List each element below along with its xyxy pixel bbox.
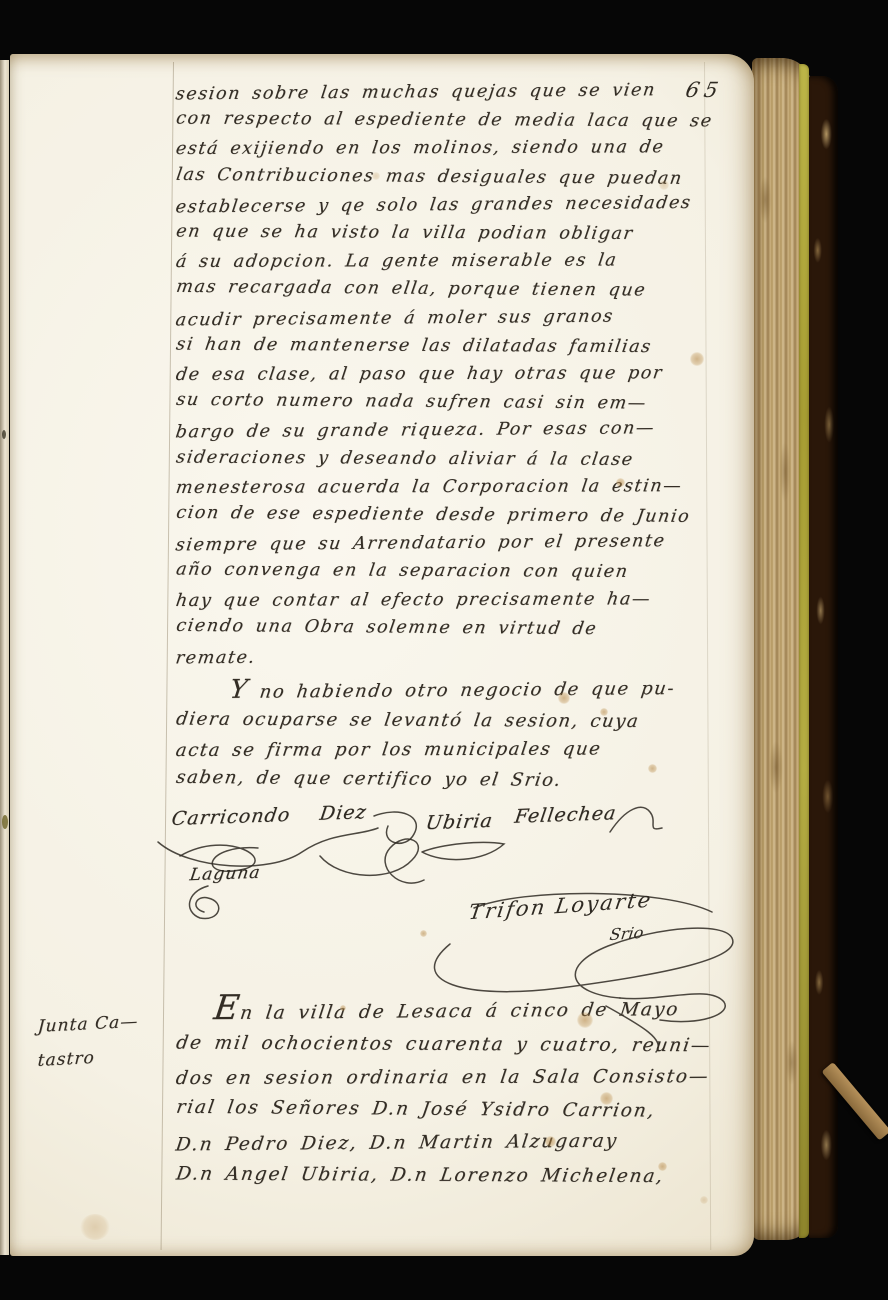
manuscript-line: En la villa de Lesaca á cinco de Mayo xyxy=(173,988,745,1032)
paragraph-new-session: En la villa de Lesaca á cinco de Mayo de… xyxy=(176,990,742,1193)
foxing-stain xyxy=(340,1005,346,1011)
manuscript-line: sideraciones y deseando aliviar á la cla… xyxy=(174,443,730,474)
foxing-stain xyxy=(577,1012,593,1028)
foxing-stain xyxy=(600,708,608,716)
manuscript-line: bargo de su grande riqueza. Por esas con… xyxy=(174,414,730,447)
manuscript-line: saben, de que certifico yo el Srio. xyxy=(174,762,730,796)
foxing-stain xyxy=(658,1162,667,1171)
manuscript-line: con respecto al espediente de media laca… xyxy=(174,105,730,136)
manuscript-line: sesion sobre las muchas quejas que se vi… xyxy=(174,76,730,109)
foxing-stain xyxy=(648,764,657,773)
manuscript-line: acta se firma por los municipales que xyxy=(174,734,730,765)
paragraph-session-minutes: sesion sobre las muchas quejas que se vi… xyxy=(176,78,728,670)
foxing-stain xyxy=(600,1092,613,1105)
foxing-stain xyxy=(659,180,669,190)
manuscript-line: hay que contar al efecto precisamente ha… xyxy=(174,585,730,615)
manuscript-line: diera ocuparse se levantó la sesion, cuy… xyxy=(174,704,730,736)
book-photograph: 65 sesion sobre las muchas quejas que se… xyxy=(0,0,888,1300)
foxing-stain xyxy=(372,172,380,180)
manuscript-line: establecerse y qe solo las grandes neces… xyxy=(174,188,730,221)
manuscript-line: Y no habiendo otro negocio de que pu- xyxy=(174,672,731,708)
foxing-stain xyxy=(558,692,570,704)
foxing-stain xyxy=(420,930,427,937)
gutter-page-edge xyxy=(0,60,9,1255)
secretary-title: Srio xyxy=(608,923,644,944)
signature-fellechea: Fellechea xyxy=(513,802,618,828)
manuscript-line: año convenga en la separacion con quien xyxy=(174,556,730,587)
margin-note-line: tastro xyxy=(37,1036,189,1078)
signature-ubiria: Ubiria xyxy=(424,810,494,834)
signature-flourish xyxy=(418,838,510,866)
manuscript-line: si han de mantenerse las dilatadas famil… xyxy=(174,330,730,361)
fore-edge-yellow-band xyxy=(799,64,809,1238)
edge-mark xyxy=(2,815,8,829)
manuscript-line: acudir precisamente á moler sus granos xyxy=(174,301,730,334)
signature-flourish xyxy=(606,800,666,840)
foxing-stain xyxy=(80,1214,110,1240)
manuscript-page: 65 sesion sobre las muchas quejas que se… xyxy=(10,54,754,1256)
manuscript-line: de mil ochocientos cuarenta y cuatro, re… xyxy=(174,1027,744,1063)
manuscript-line: rial los Señores D.n José Ysidro Carrion… xyxy=(174,1092,744,1129)
manuscript-line: dos en sesion ordinaria en la Sala Consi… xyxy=(174,1061,745,1096)
manuscript-line: remate. xyxy=(174,640,730,673)
manuscript-line: está exijiendo en los molinos, siendo un… xyxy=(174,133,730,163)
signature-flourish xyxy=(178,882,236,924)
manuscript-line: las Contribuciones mas desiguales que pu… xyxy=(174,160,730,193)
manuscript-line: D.n Pedro Diez, D.n Martin Alzugaray xyxy=(174,1125,745,1163)
margin-note: Junta Ca— tastro xyxy=(38,1006,188,1074)
edge-mark xyxy=(2,430,6,439)
foxing-stain xyxy=(700,1196,708,1204)
foxing-stain xyxy=(690,352,704,366)
manuscript-line: menesterosa acuerda la Corporacion la es… xyxy=(174,472,730,502)
manuscript-line: de esa clase, al paso que hay otras que … xyxy=(174,359,730,389)
paragraph-closing: Y no habiendo otro negocio de que pu- di… xyxy=(176,674,728,794)
manuscript-line: mas recargada con ella, porque tienen qu… xyxy=(174,273,730,306)
foxing-stain xyxy=(616,478,625,487)
manuscript-line: á su adopcion. La gente miserable es la xyxy=(174,246,730,276)
manuscript-line: siempre que su Arrendatario por el prese… xyxy=(174,527,730,560)
manuscript-line: en que se ha visto la villa podian oblig… xyxy=(174,218,730,249)
foxing-stain xyxy=(545,1136,556,1147)
